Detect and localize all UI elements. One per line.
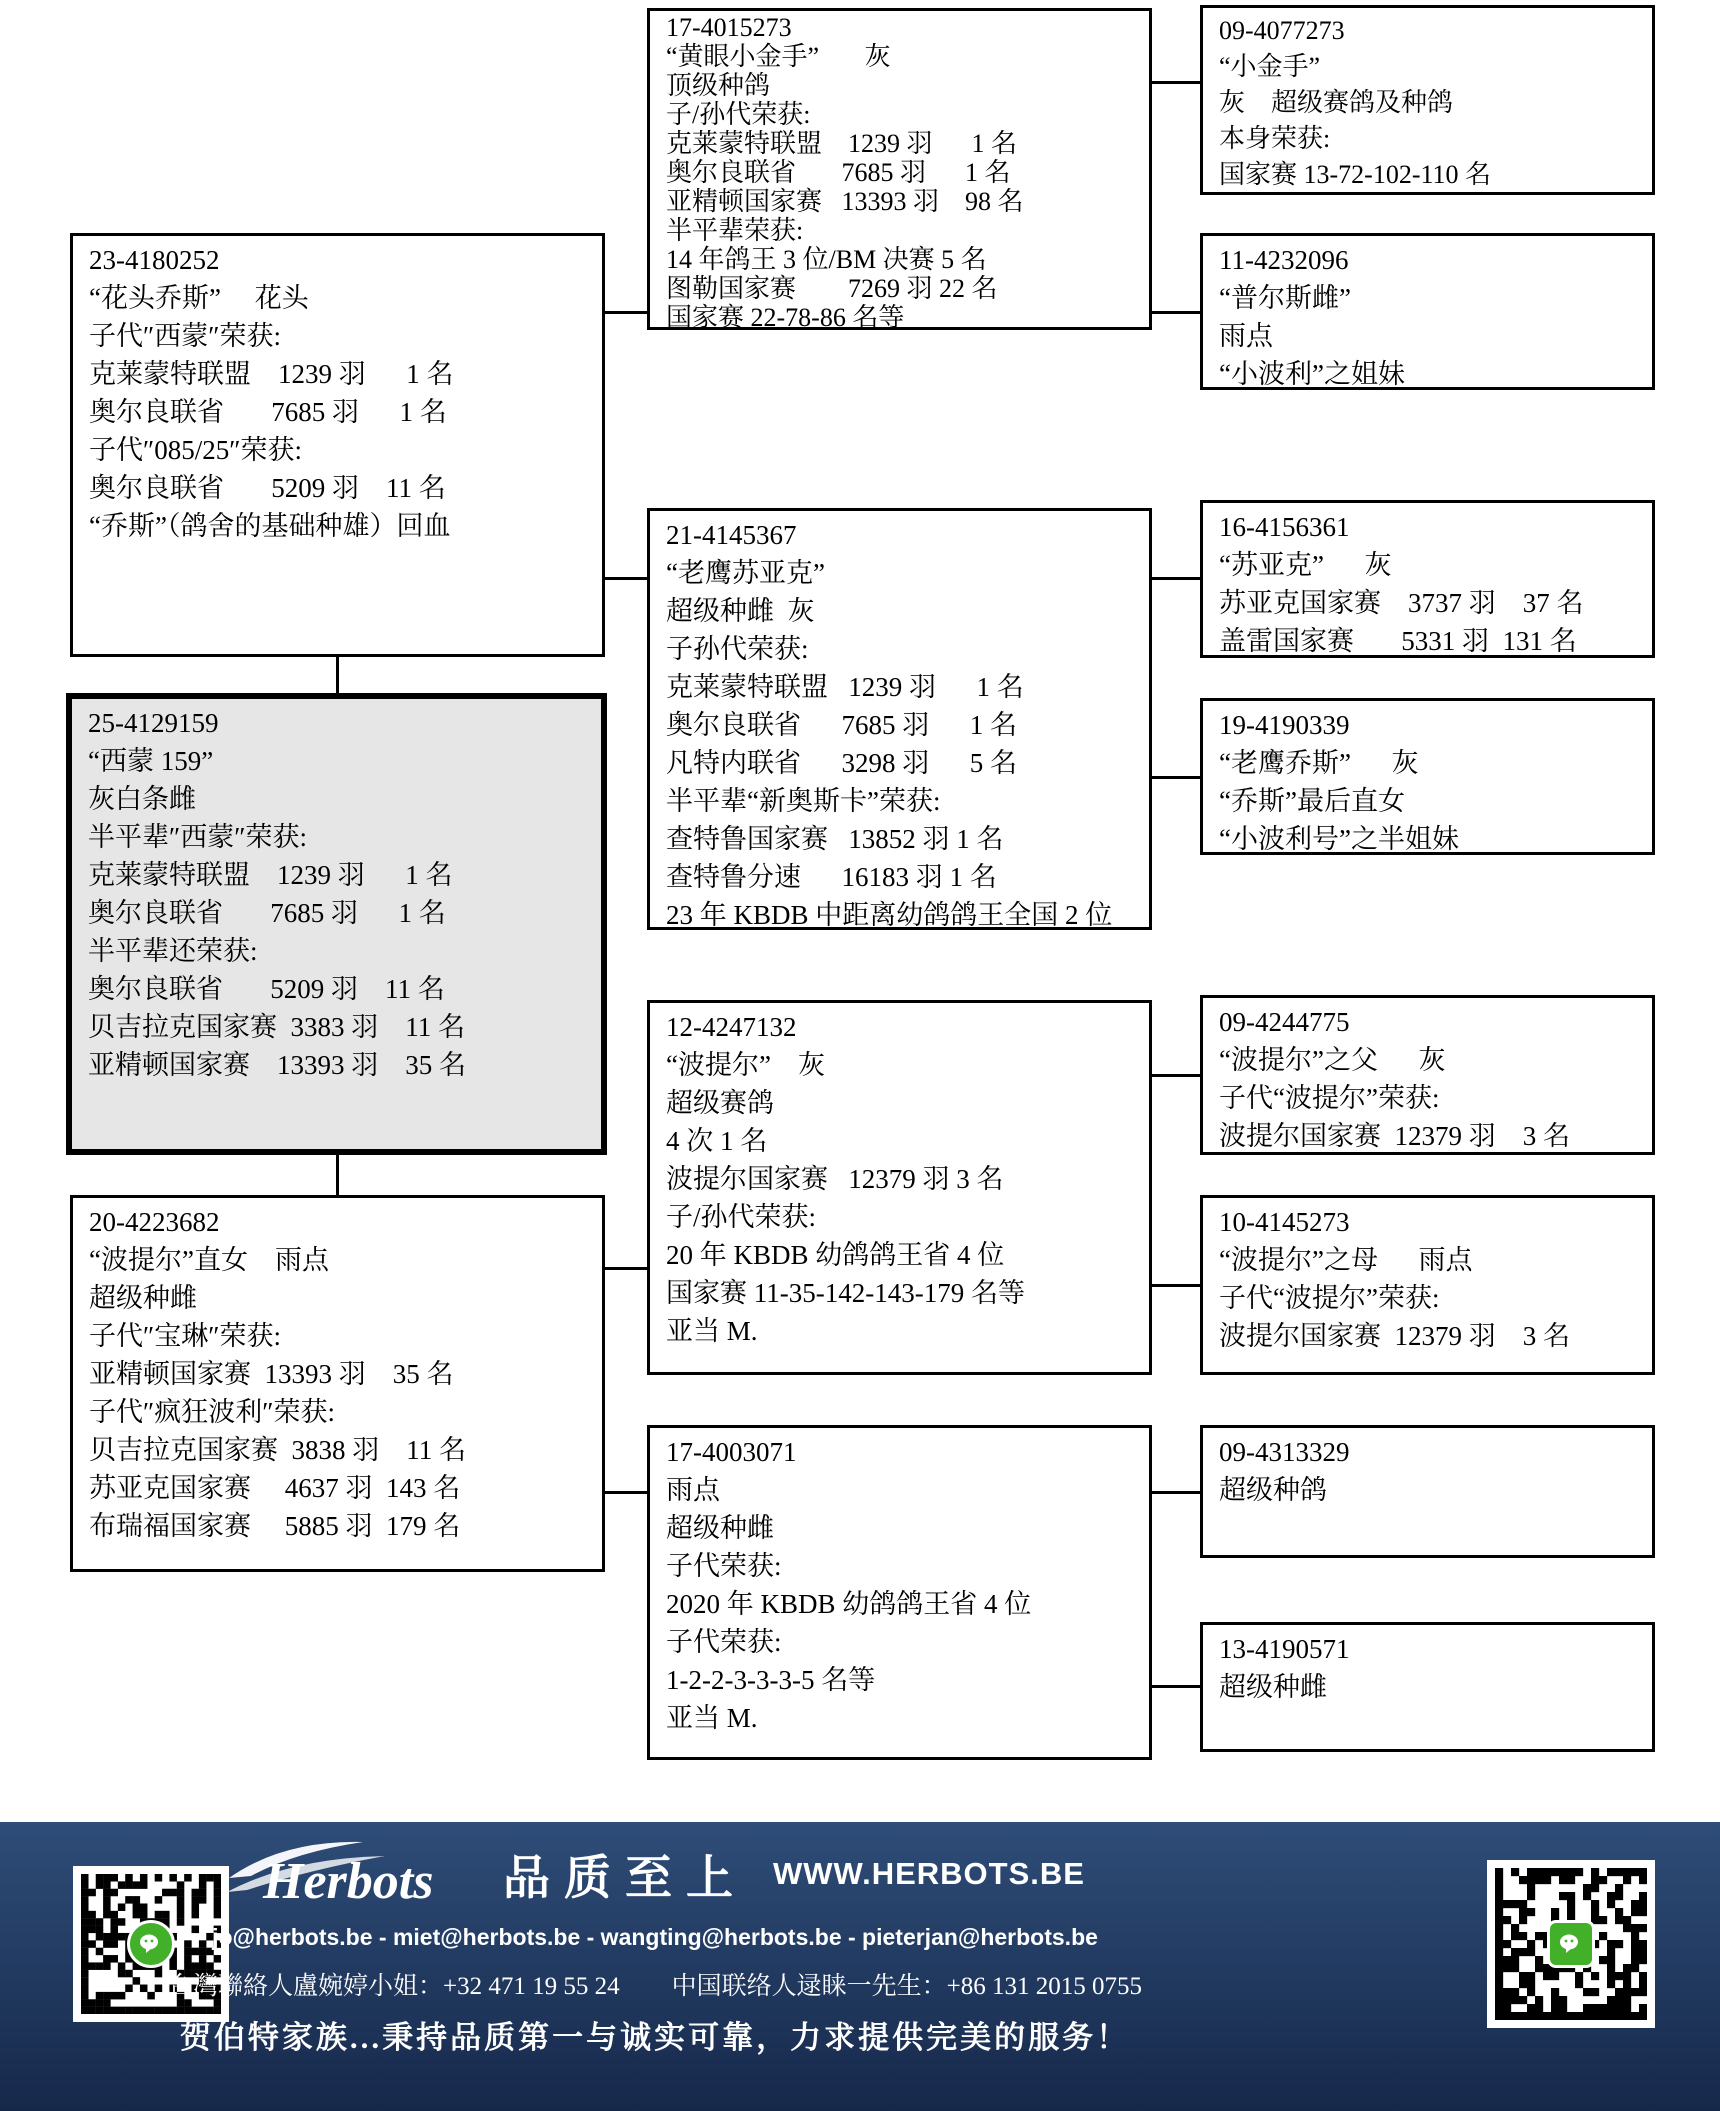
connector-line bbox=[603, 311, 647, 314]
box-line: “花头乔斯” 花头 bbox=[89, 279, 586, 317]
pedigree-box-dam: 20-4223682“波提尔”直女 雨点超级种雌子代″宝琳″荣获:亚精顿国家赛 … bbox=[70, 1195, 605, 1572]
connector-line bbox=[336, 657, 339, 695]
tagline-text: 贺伯特家族...秉持品质第一与诚实可靠，力求提供完美的服务！ bbox=[100, 2012, 1210, 2057]
contact-row: 台灣聯絡人盧婉婷小姐：+32 471 19 55 24 中国联络人逯睐一先生：+… bbox=[120, 1966, 1190, 2002]
box-line: 1-2-2-3-3-3-5 名等 bbox=[666, 1661, 1133, 1699]
box-line: 克莱蒙特联盟 1239 羽 1 名 bbox=[666, 668, 1133, 706]
box-line: “小波利号”之半姐妹 bbox=[1219, 820, 1636, 858]
box-line: “乔斯”最后直女 bbox=[1219, 782, 1636, 820]
box-line: “波提尔”之母 雨点 bbox=[1219, 1241, 1636, 1279]
box-line: 子代″疯狂波利″荣获: bbox=[89, 1393, 586, 1431]
box-line: 半平辈“新奥斯卡”荣获: bbox=[666, 782, 1133, 820]
box-line: 凡特内联省 3298 羽 5 名 bbox=[666, 744, 1133, 782]
connector-line bbox=[1150, 1491, 1200, 1494]
box-line: 亚精顿国家赛 13393 羽 35 名 bbox=[89, 1355, 586, 1393]
pedigree-box-subject: 25-4129159“西蒙 159”灰白条雌半平辈″西蒙″荣获:克莱蒙特联盟 1… bbox=[66, 693, 607, 1155]
box-line: 超级种雌 bbox=[1219, 1668, 1636, 1706]
box-line: 盖雷国家赛 5331 羽 131 名 bbox=[1219, 622, 1636, 660]
pedigree-chart: 23-4180252“花头乔斯” 花头子代″西蒙″荣获:克莱蒙特联盟 1239 … bbox=[0, 0, 1720, 2111]
box-line: 子代″西蒙″荣获: bbox=[89, 317, 586, 355]
connector-line bbox=[1150, 1685, 1200, 1688]
box-line: 子代荣获: bbox=[666, 1623, 1133, 1661]
box-line: 贝吉拉克国家赛 3383 羽 11 名 bbox=[88, 1008, 585, 1046]
connector-line bbox=[1150, 776, 1200, 779]
box-line: 19-4190339 bbox=[1219, 706, 1636, 744]
box-line: 10-4145273 bbox=[1219, 1203, 1636, 1241]
box-line: 12-4247132 bbox=[666, 1008, 1133, 1046]
brand-row: Herbots 品质至上 WWW.HERBOTS.BE bbox=[180, 1830, 1130, 1918]
box-line: “普尔斯雌” bbox=[1219, 279, 1636, 317]
pedigree-box-sire-dam: 21-4145367“老鹰苏亚克”超级种雌 灰子孙代荣获:克莱蒙特联盟 1239… bbox=[647, 508, 1152, 930]
box-line: 亚当 M. bbox=[666, 1312, 1133, 1350]
connector-line bbox=[603, 1267, 647, 1270]
box-line: 超级种雌 bbox=[666, 1509, 1133, 1547]
box-line: 子代荣获: bbox=[666, 1547, 1133, 1585]
box-line: 克莱蒙特联盟 1239 羽 1 名 bbox=[89, 355, 586, 393]
connector-line bbox=[1150, 81, 1200, 84]
box-line: 奥尔良联省 7685 羽 1 名 bbox=[88, 894, 585, 932]
chat-bubble-icon bbox=[138, 1931, 164, 1957]
box-line: 子/孙代荣获: bbox=[666, 1198, 1133, 1236]
box-line: 国家赛 11-35-142-143-179 名等 bbox=[666, 1274, 1133, 1312]
contact-china: 中国联络人逯睐一先生：+86 131 2015 0755 bbox=[672, 1966, 1142, 2002]
box-line: 半平辈荣获: bbox=[666, 216, 1133, 245]
box-line: 波提尔国家赛 12379 羽 3 名 bbox=[666, 1160, 1133, 1198]
box-line: 奥尔良联省 7685 羽 1 名 bbox=[666, 158, 1133, 187]
box-line: “小波利”之姐妹 bbox=[1219, 355, 1636, 393]
contact-taiwan: 台灣聯絡人盧婉婷小姐：+32 471 19 55 24 bbox=[168, 1966, 620, 2002]
box-line: 11-4232096 bbox=[1219, 241, 1636, 279]
pedigree-box-sire-dam-sire: 16-4156361“苏亚克” 灰苏亚克国家赛 3737 羽 37 名盖雷国家赛… bbox=[1200, 500, 1655, 658]
box-line: 超级种鸽 bbox=[1219, 1471, 1636, 1509]
box-line: “波提尔”直女 雨点 bbox=[89, 1241, 586, 1279]
box-line: 波提尔国家赛 12379 羽 3 名 bbox=[1219, 1317, 1636, 1355]
box-line: 查特鲁分速 16183 羽 1 名 bbox=[666, 858, 1133, 896]
box-line: 子代″085/25″荣获: bbox=[89, 431, 586, 469]
wechat-icon bbox=[127, 1920, 175, 1968]
box-line: “西蒙 159” bbox=[88, 742, 585, 780]
pedigree-box-sire-sire-sire: 09-4077273“小金手”灰 超级赛鸽及种鸽本身荣获:国家赛 13-72-1… bbox=[1200, 5, 1655, 195]
box-line: 2020 年 KBDB 幼鸽鸽王省 4 位 bbox=[666, 1585, 1133, 1623]
pedigree-box-dam-sire-sire: 09-4244775“波提尔”之父 灰子代“波提尔”荣获:波提尔国家赛 1237… bbox=[1200, 995, 1655, 1155]
box-line: 25-4129159 bbox=[88, 704, 585, 742]
box-line: 21-4145367 bbox=[666, 516, 1133, 554]
box-line: 14 年鸽王 3 位/BM 决赛 5 名 bbox=[666, 245, 1133, 274]
pedigree-box-sire-dam-dam: 19-4190339“老鹰乔斯” 灰“乔斯”最后直女“小波利号”之半姐妹 bbox=[1200, 698, 1655, 855]
box-line: 亚当 M. bbox=[666, 1699, 1133, 1737]
box-line: “老鹰乔斯” 灰 bbox=[1219, 744, 1636, 782]
box-line: 亚精顿国家赛 13393 羽 35 名 bbox=[88, 1046, 585, 1084]
box-line: 贝吉拉克国家赛 3838 羽 11 名 bbox=[89, 1431, 586, 1469]
box-line: 波提尔国家赛 12379 羽 3 名 bbox=[1219, 1117, 1636, 1155]
box-line: 苏亚克国家赛 3737 羽 37 名 bbox=[1219, 584, 1636, 622]
box-line: 超级种雌 灰 bbox=[666, 592, 1133, 630]
wechat-icon bbox=[1547, 1920, 1595, 1968]
box-line: 子孙代荣获: bbox=[666, 630, 1133, 668]
box-line: 13-4190571 bbox=[1219, 1630, 1636, 1668]
box-line: 子代″宝琳″荣获: bbox=[89, 1317, 586, 1355]
box-line: 17-4015273 bbox=[666, 13, 1133, 42]
website-url: WWW.HERBOTS.BE bbox=[773, 1856, 1085, 1892]
box-line: 09-4077273 bbox=[1219, 13, 1636, 49]
connector-line bbox=[603, 1491, 647, 1494]
box-line: 超级赛鸽 bbox=[666, 1084, 1133, 1122]
box-line: 克莱蒙特联盟 1239 羽 1 名 bbox=[88, 856, 585, 894]
box-line: 灰白条雌 bbox=[88, 780, 585, 818]
box-line: 亚精顿国家赛 13393 羽 98 名 bbox=[666, 187, 1133, 216]
box-line: 子/孙代荣获: bbox=[666, 100, 1133, 129]
box-line: 半平辈还荣获: bbox=[88, 932, 585, 970]
box-line: 09-4313329 bbox=[1219, 1433, 1636, 1471]
box-line: 子代“波提尔”荣获: bbox=[1219, 1279, 1636, 1317]
box-line: 09-4244775 bbox=[1219, 1003, 1636, 1041]
box-line: 奥尔良联省 5209 羽 11 名 bbox=[88, 970, 585, 1008]
box-line: “苏亚克” 灰 bbox=[1219, 546, 1636, 584]
box-line: 国家赛 22-78-86 名等 bbox=[666, 303, 1133, 332]
connector-line bbox=[1150, 577, 1200, 580]
box-line: 17-4003071 bbox=[666, 1433, 1133, 1471]
footer-banner: Herbots 品质至上 WWW.HERBOTS.BE jo@herbots.b… bbox=[0, 1822, 1720, 2111]
box-line: 克莱蒙特联盟 1239 羽 1 名 bbox=[666, 129, 1133, 158]
box-line: “波提尔”之父 灰 bbox=[1219, 1041, 1636, 1079]
box-line: 国家赛 13-72-102-110 名 bbox=[1219, 157, 1636, 193]
pedigree-box-dam-dam: 17-4003071雨点超级种雌子代荣获:2020 年 KBDB 幼鸽鸽王省 4… bbox=[647, 1425, 1152, 1760]
connector-line bbox=[603, 577, 647, 580]
slogan-text: 品质至上 bbox=[503, 1841, 747, 1908]
box-line: 20 年 KBDB 幼鸽鸽王省 4 位 bbox=[666, 1236, 1133, 1274]
box-line: 奥尔良联省 5209 羽 11 名 bbox=[89, 469, 586, 507]
connector-line bbox=[1150, 311, 1200, 314]
pedigree-box-sire-sire: 17-4015273“黄眼小金手” 灰顶级种鸽子/孙代荣获:克莱蒙特联盟 123… bbox=[647, 8, 1152, 330]
box-line: 布瑞福国家赛 5885 羽 179 名 bbox=[89, 1507, 586, 1545]
box-line: 半平辈″西蒙″荣获: bbox=[88, 818, 585, 856]
box-line: 灰 超级赛鸽及种鸽 bbox=[1219, 85, 1636, 121]
connector-line bbox=[1150, 1074, 1200, 1077]
pedigree-box-sire-sire-dam: 11-4232096“普尔斯雌”雨点“小波利”之姐妹 bbox=[1200, 233, 1655, 390]
pedigree-box-dam-sire: 12-4247132“波提尔” 灰超级赛鸽4 次 1 名波提尔国家赛 12379… bbox=[647, 1000, 1152, 1375]
box-line: “黄眼小金手” 灰 bbox=[666, 42, 1133, 71]
box-line: “老鹰苏亚克” bbox=[666, 554, 1133, 592]
box-line: 雨点 bbox=[666, 1471, 1133, 1509]
qr-code-right bbox=[1487, 1860, 1655, 2028]
box-line: 23 年 KBDB 中距离幼鸽鸽王全国 2 位 bbox=[666, 896, 1133, 934]
box-line: 图勒国家赛 7269 羽 22 名 bbox=[666, 274, 1133, 303]
box-line: “小金手” bbox=[1219, 49, 1636, 85]
box-line: “乔斯”（鸽舍的基础种雄）回血 bbox=[89, 507, 586, 545]
box-line: 子代“波提尔”荣获: bbox=[1219, 1079, 1636, 1117]
pedigree-box-dam-dam-dam: 13-4190571超级种雌 bbox=[1200, 1622, 1655, 1752]
box-line: 奥尔良联省 7685 羽 1 名 bbox=[89, 393, 586, 431]
box-line: 本身荣获: bbox=[1219, 121, 1636, 157]
box-line: 20-4223682 bbox=[89, 1203, 586, 1241]
connector-line bbox=[1150, 1284, 1200, 1287]
pedigree-box-dam-dam-sire: 09-4313329超级种鸽 bbox=[1200, 1425, 1655, 1558]
box-line: 奥尔良联省 7685 羽 1 名 bbox=[666, 706, 1133, 744]
pedigree-box-sire: 23-4180252“花头乔斯” 花头子代″西蒙″荣获:克莱蒙特联盟 1239 … bbox=[70, 233, 605, 657]
pedigree-box-dam-sire-dam: 10-4145273“波提尔”之母 雨点子代“波提尔”荣获:波提尔国家赛 123… bbox=[1200, 1195, 1655, 1375]
connector-line bbox=[336, 1153, 339, 1195]
herbots-logo: Herbots bbox=[225, 1832, 477, 1916]
box-line: 4 次 1 名 bbox=[666, 1122, 1133, 1160]
chat-bubble-icon bbox=[1558, 1931, 1584, 1957]
box-line: 顶级种鸽 bbox=[666, 71, 1133, 100]
box-line: 雨点 bbox=[1219, 317, 1636, 355]
box-line: 超级种雌 bbox=[89, 1279, 586, 1317]
box-line: 16-4156361 bbox=[1219, 508, 1636, 546]
box-line: 23-4180252 bbox=[89, 241, 586, 279]
email-list: jo@herbots.be - miet@herbots.be - wangti… bbox=[180, 1924, 1130, 1951]
box-line: 苏亚克国家赛 4637 羽 143 名 bbox=[89, 1469, 586, 1507]
box-line: 查特鲁国家赛 13852 羽 1 名 bbox=[666, 820, 1133, 858]
brand-name: Herbots bbox=[262, 1853, 433, 1910]
box-line: “波提尔” 灰 bbox=[666, 1046, 1133, 1084]
